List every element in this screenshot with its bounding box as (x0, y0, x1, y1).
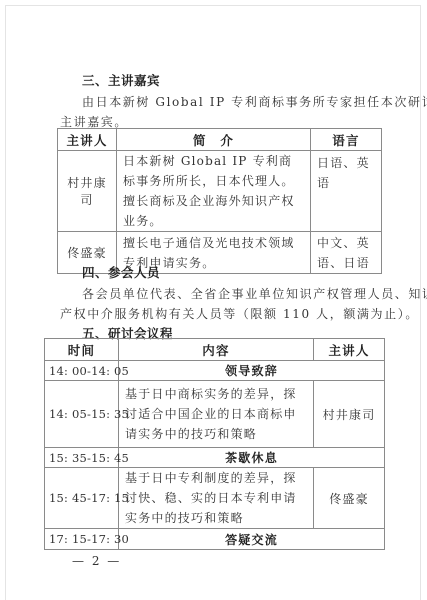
agenda-table: 时间 内容 主讲人 14: 00-14: 05 领导致辞 14: 05-15: … (44, 338, 385, 550)
header-speaker: 主讲人 (58, 129, 117, 151)
agenda-content: 茶歇休息 (119, 448, 385, 468)
header-content: 内容 (119, 339, 314, 361)
section-heading-attendees: 四、参会人员 (82, 263, 160, 281)
table-row: 村井康司 日本新树 Global IP 专利商标事务所所长，日本代理人。擅长商标… (58, 151, 382, 232)
speakers-table-header: 主讲人 简 介 语言 (58, 129, 382, 151)
agenda-time: 17: 15-17: 30 (45, 529, 119, 550)
agenda-time: 14: 05-15: 35 (45, 381, 119, 448)
attendees-line1: 各会员单位代表、全省企事业单位知识产权管理人员、知识 (82, 284, 427, 304)
page-number: — 2 — (72, 554, 121, 568)
attendees-line2: 产权中介服务机构有关人员等（限额 110 人，额满为止）。 (60, 304, 419, 324)
agenda-table-header: 时间 内容 主讲人 (45, 339, 385, 361)
header-speaker: 主讲人 (314, 339, 385, 361)
speakers-table: 主讲人 简 介 语言 村井康司 日本新树 Global IP 专利商标事务所所长… (57, 128, 382, 274)
agenda-time: 15: 35-15: 45 (45, 448, 119, 468)
header-language: 语言 (311, 129, 382, 151)
agenda-time: 15: 45-17: 15 (45, 468, 119, 529)
table-row: 15: 45-17: 15 基于日中专利制度的差异，探讨快、稳、实的日本专利申请… (45, 468, 385, 529)
table-row: 17: 15-17: 30 答疑交流 (45, 529, 385, 550)
table-row: 15: 35-15: 45 茶歇休息 (45, 448, 385, 468)
agenda-content: 答疑交流 (119, 529, 385, 550)
header-intro: 简 介 (117, 129, 311, 151)
agenda-speaker: 村井康司 (314, 381, 385, 448)
speaker-language: 中文、英语、日语 (311, 232, 382, 274)
header-time: 时间 (45, 339, 119, 361)
agenda-time: 14: 00-14: 05 (45, 361, 119, 381)
agenda-speaker: 佟盛豪 (314, 468, 385, 529)
agenda-content: 基于日中商标实务的差异，探讨适合中国企业的日本商标申请实务中的技巧和策略 (119, 381, 314, 448)
speaker-intro: 日本新树 Global IP 专利商标事务所所长，日本代理人。擅长商标及企业海外… (117, 151, 311, 232)
speaker-language: 日语、英语 (311, 151, 382, 232)
agenda-content: 基于日中专利制度的差异，探讨快、稳、实的日本专利申请实务中的技巧和策略 (119, 468, 314, 529)
table-row: 14: 00-14: 05 领导致辞 (45, 361, 385, 381)
agenda-content: 领导致辞 (119, 361, 385, 381)
section-heading-speakers: 三、主讲嘉宾 (82, 71, 160, 89)
speaker-name: 村井康司 (58, 151, 117, 232)
table-row: 14: 05-15: 35 基于日中商标实务的差异，探讨适合中国企业的日本商标申… (45, 381, 385, 448)
speakers-intro-line1: 由日本新树 Global IP 专利商标事务所专家担任本次研讨会 (82, 92, 427, 112)
